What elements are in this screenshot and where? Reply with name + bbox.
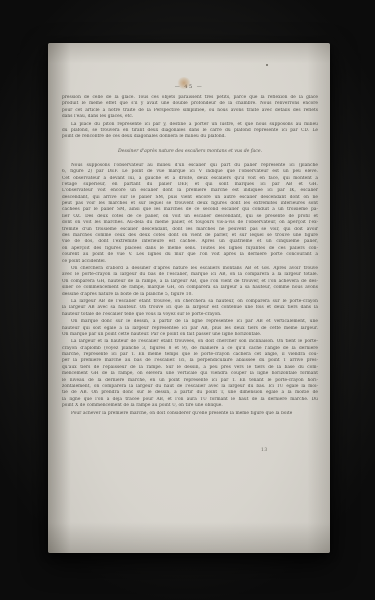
text-line: La place du piton représenté ici par y, … xyxy=(62,122,318,128)
text-line: point de rencontre de ces deux diagonale… xyxy=(62,134,318,140)
paragraph-stair-height: La largeur AB de l'escalier étant trouvé… xyxy=(62,299,318,318)
signature-mark: 13 xyxy=(261,448,268,453)
text-line: siner ce commencement de rampe, marqué G… xyxy=(62,285,318,291)
text-line: avec le porte-crayon la largeur du bas d… xyxy=(62,272,318,278)
book-page: — 45 — pression de celle de la glace. To… xyxy=(48,43,330,553)
text-line: 6, figure 2) par DEF. Le point de vue ma… xyxy=(62,169,318,175)
text-line: Pour achever la première marche, on doit… xyxy=(62,411,318,417)
paragraph-inclination: La largeur et la hauteur de l'escalier é… xyxy=(62,339,318,409)
text-line: La largeur et la hauteur de l'escalier é… xyxy=(62,339,318,345)
paragraph-measuring-stairs: On cherchera d'abord à dessiner d'après … xyxy=(62,266,318,298)
text-line: per la première marche au bas de l'escal… xyxy=(62,358,318,364)
text-line: On marque par un point cette hauteur. Pa… xyxy=(62,332,318,338)
paragraph-observer-position: Nous supposons l'observateur au milieu d… xyxy=(62,163,318,265)
section-heading: Dessiner d'après nature des escaliers mo… xyxy=(62,149,318,155)
text-line: L'observateur voit encore un escalier do… xyxy=(62,188,318,194)
text-line: dans l'eau, dans les glaces, etc. xyxy=(62,114,318,120)
text-line: point X de commencement de la rampe au p… xyxy=(62,403,318,409)
text-line: courent au point de vue V. Les lignes du… xyxy=(62,252,318,258)
text-line: tié de AB. On prendra donc sur le dessin… xyxy=(62,390,318,396)
text-line: la largeur AB avec sa hauteur. On trouve… xyxy=(62,305,318,311)
text-block: pression de celle de la glace. Tous ces … xyxy=(62,95,318,417)
foxing-stain xyxy=(177,77,191,89)
photo-background: — 45 — pression de celle de la glace. To… xyxy=(0,0,375,600)
text-line: Cet observateur a devant lui, à gauche e… xyxy=(62,176,318,182)
text-line: produit le même effet que s'il y avait u… xyxy=(62,101,318,107)
text-line: hauteur totale de l'escalier telle que v… xyxy=(62,312,318,318)
paragraph-marking-drawing: On marque donc sur le dessin, à partir d… xyxy=(62,319,318,338)
text-line: vue de dos, dont l'extrémité inférieure … xyxy=(62,239,318,245)
text-line: dessiné d'après nature la boîte de la pl… xyxy=(62,292,318,298)
ink-speck xyxy=(266,64,268,66)
paragraph-glass-reflections: pression de celle de la glace. Tous ces … xyxy=(62,95,318,121)
text-line: On marque donc sur le dessin, à partir d… xyxy=(62,319,318,325)
paragraph-chandelier-hook: La place du piton représenté ici par y, … xyxy=(62,122,318,141)
text-line: cachées par le palier SM, ainsi que les … xyxy=(62,207,318,213)
text-line: dont on voit les marches. Au-delà du mêm… xyxy=(62,220,318,226)
text-line: ce point accidentel. xyxy=(62,259,318,265)
text-line: mencement GH de la rampe, on élèvera une… xyxy=(62,371,318,377)
paragraph-first-step: Pour achever la première marche, on doit… xyxy=(62,411,318,417)
text-line: hauteur qui soit égale à la largeur repr… xyxy=(62,326,318,332)
